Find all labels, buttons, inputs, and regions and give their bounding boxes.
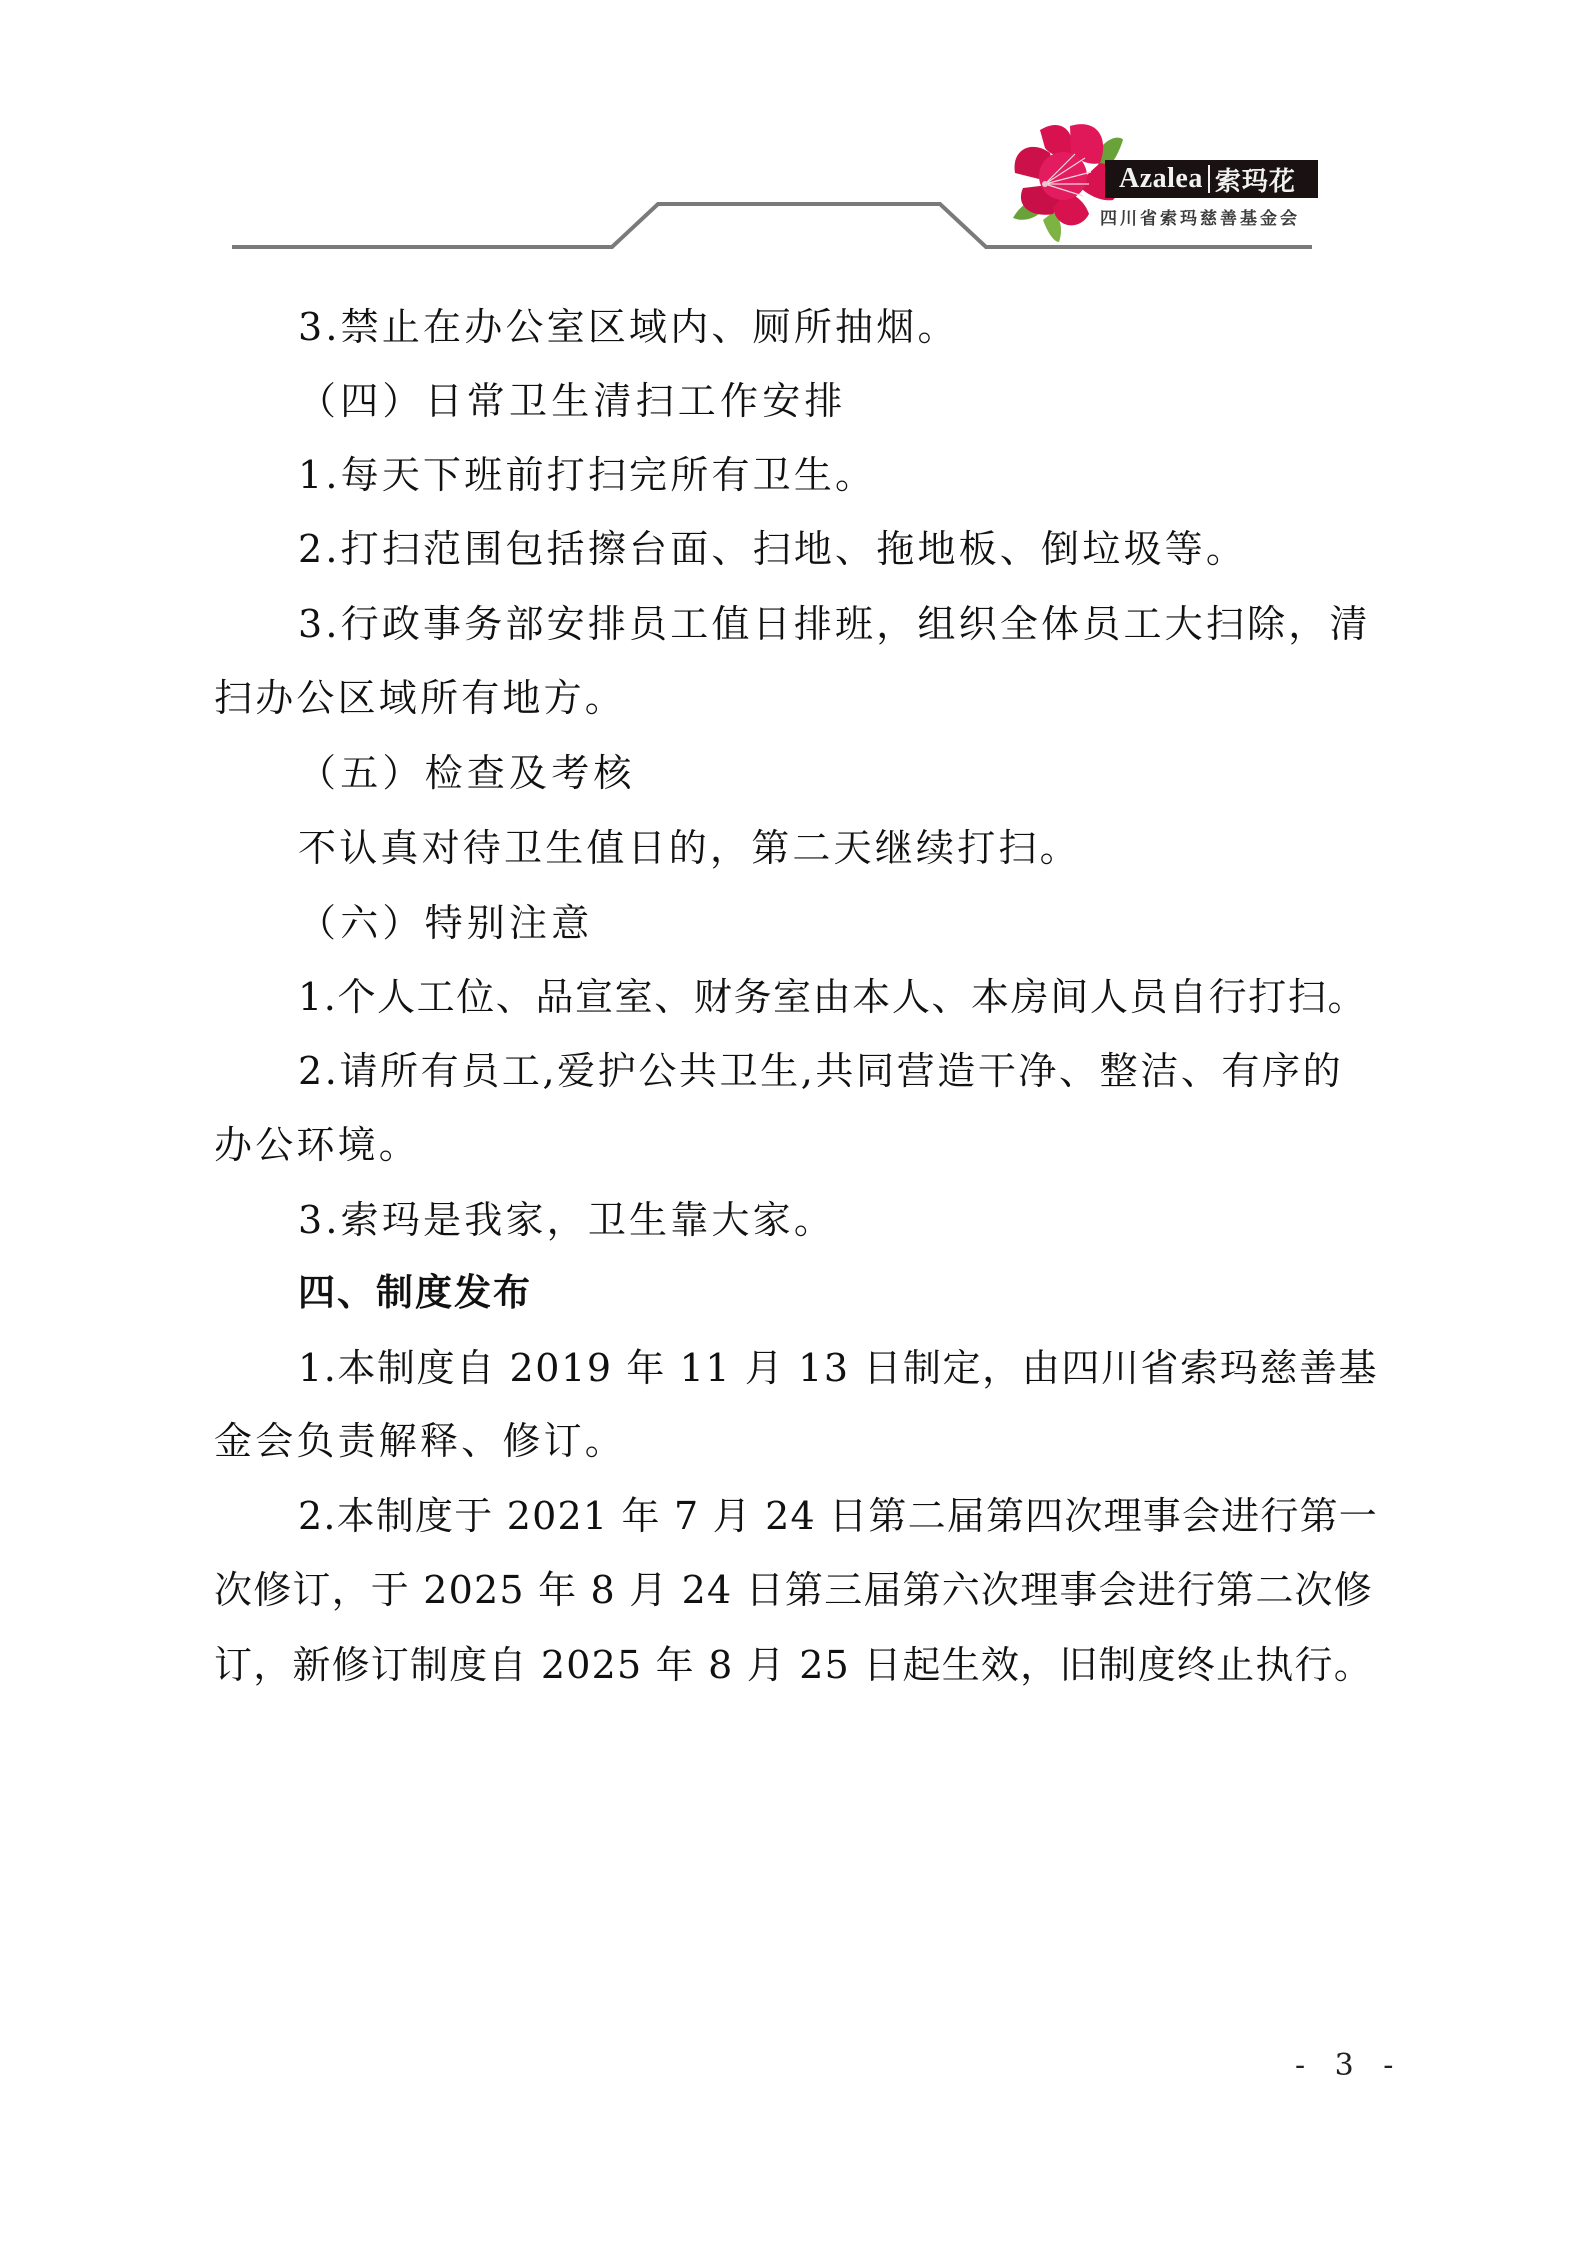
- list-item: 2.打扫范围包括擦台面、扫地、拖地板、倒垃圾等。: [298, 524, 1247, 574]
- header-rule-line: [0, 0, 1587, 260]
- page-header: Azalea 索玛花 四川省索玛慈善基金会: [0, 0, 1587, 260]
- list-item: 3.禁止在办公室区域内、厕所抽烟。: [298, 302, 959, 352]
- list-item: 1.每天下班前打扫完所有卫生。: [298, 450, 876, 500]
- list-item: 3.索玛是我家，卫生靠大家。: [298, 1195, 835, 1245]
- subheading: （六）特别注意: [298, 898, 593, 948]
- logo-organization: 四川省索玛慈善基金会: [1100, 204, 1300, 229]
- section-heading: 四、制度发布: [298, 1268, 532, 1318]
- continuation-line: 次修订，于 2025 年 8 月 24 日第三届第六次理事会进行第二次修: [214, 1565, 1373, 1615]
- page-number: - 3 -: [1295, 2048, 1403, 2083]
- subheading: （五）检查及考核: [298, 748, 636, 798]
- foundation-logo: Azalea 索玛花 四川省索玛慈善基金会: [1005, 118, 1325, 243]
- list-item: 2.请所有员工,爱护公共卫生,共同营造干净、整洁、有序的: [298, 1046, 1343, 1096]
- continuation-line: 金会负责解释、修订。: [214, 1416, 626, 1466]
- logo-divider: [1208, 165, 1210, 193]
- list-item: 1.个人工位、品宣室、财务室由本人、本房间人员自行打扫。: [298, 972, 1367, 1022]
- continuation-line: 扫办公区域所有地方。: [214, 673, 626, 723]
- list-item: 2.本制度于 2021 年 7 月 24 日第二届第四次理事会进行第一: [298, 1491, 1378, 1541]
- list-item: 1.本制度自 2019 年 11 月 13 日制定，由四川省索玛慈善基: [298, 1343, 1378, 1393]
- logo-banner: Azalea 索玛花: [1105, 160, 1318, 198]
- logo-name-cn: 索玛花: [1215, 161, 1296, 198]
- logo-name-en: Azalea: [1119, 163, 1203, 195]
- list-item: 3.行政事务部安排员工值日排班，组织全体员工大扫除，清: [298, 599, 1371, 649]
- subheading: （四）日常卫生清扫工作安排: [298, 376, 847, 426]
- continuation-line: 订，新修订制度自 2025 年 8 月 25 日起生效，旧制度终止执行。: [214, 1640, 1373, 1690]
- paragraph: 不认真对待卫生值日的，第二天继续打扫。: [298, 823, 1081, 873]
- continuation-line: 办公环境。: [214, 1120, 420, 1170]
